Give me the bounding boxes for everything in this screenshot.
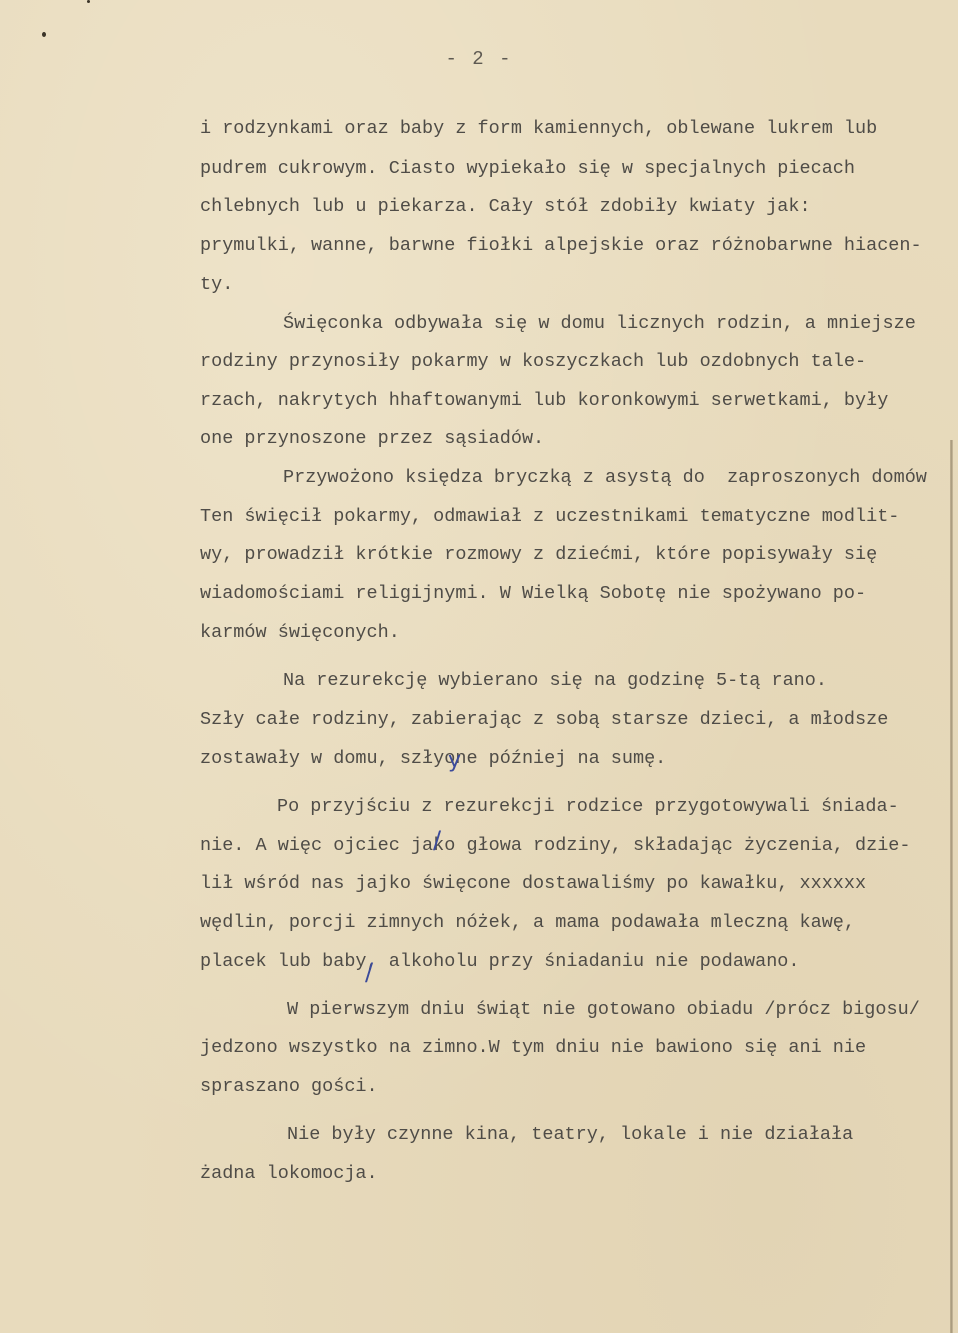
text-line: żadna lokomocja. xyxy=(200,1163,378,1185)
text-line: jedzono wszystko na zimno.W tym dniu nie… xyxy=(200,1037,866,1059)
text-line: Święconka odbywała się w domu licznych r… xyxy=(283,313,916,335)
text-line: Nie były czynne kina, teatry, lokale i n… xyxy=(287,1124,853,1146)
text-line: i rodzynkami oraz baby z form kamiennych… xyxy=(200,118,877,140)
text-line: wiadomościami religijnymi. W Wielką Sobo… xyxy=(200,583,866,605)
text-line: karmów święconych. xyxy=(200,622,400,644)
page-number: - 2 - xyxy=(0,48,958,70)
page-edge-shadow xyxy=(950,440,953,1333)
paper-speck xyxy=(42,32,46,37)
text-line: Szły całe rodziny, zabierając z sobą sta… xyxy=(200,709,888,731)
text-line: Po przyjściu z rezurekcji rodzice przygo… xyxy=(277,796,899,818)
text-line: one przynoszone przez sąsiadów. xyxy=(200,428,544,450)
text-line: lił wśród nas jajko święcone dostawaliśm… xyxy=(200,873,866,895)
text-line: placek lub baby, alkoholu przy śniadaniu… xyxy=(200,951,800,973)
handwritten-comma-mark-baby: / xyxy=(365,958,373,986)
text-line: rzach, nakrytych hhaftowanymi lub koronk… xyxy=(200,390,888,412)
text-line: chlebnych lub u piekarza. Cały stół zdob… xyxy=(200,196,811,218)
text-line: spraszano gości. xyxy=(200,1076,378,1098)
handwritten-insertion-slash-jako-glowa: / xyxy=(433,826,441,854)
text-line: wy, prowadził krótkie rozmowy z dziećmi,… xyxy=(200,544,877,566)
text-line: Przywożono księdza bryczką z asystą do z… xyxy=(283,467,927,489)
handwritten-correction-y: y xyxy=(448,748,461,773)
text-line: Ten święcił pokarmy, odmawiał z uczestni… xyxy=(200,506,899,528)
text-line: W pierwszym dniu świąt nie gotowano obia… xyxy=(287,999,920,1021)
text-line: ty. xyxy=(200,274,233,296)
text-line: rodziny przynosiły pokarmy w koszyczkach… xyxy=(200,351,866,373)
text-line: wędlin, porcji zimnych nóżek, a mama pod… xyxy=(200,912,855,934)
text-line: Na rezurekcję wybierano się na godzinę 5… xyxy=(283,670,827,692)
text-line: pudrem cukrowym. Ciasto wypiekało się w … xyxy=(200,158,855,180)
paper-speck xyxy=(87,0,90,3)
text-line: nie. A więc ojciec jako głowa rodziny, s… xyxy=(200,835,911,857)
text-line: prymulki, wanne, barwne fiołki alpejskie… xyxy=(200,235,922,257)
text-line: zostawały w domu, szłyone później na sum… xyxy=(200,748,666,770)
